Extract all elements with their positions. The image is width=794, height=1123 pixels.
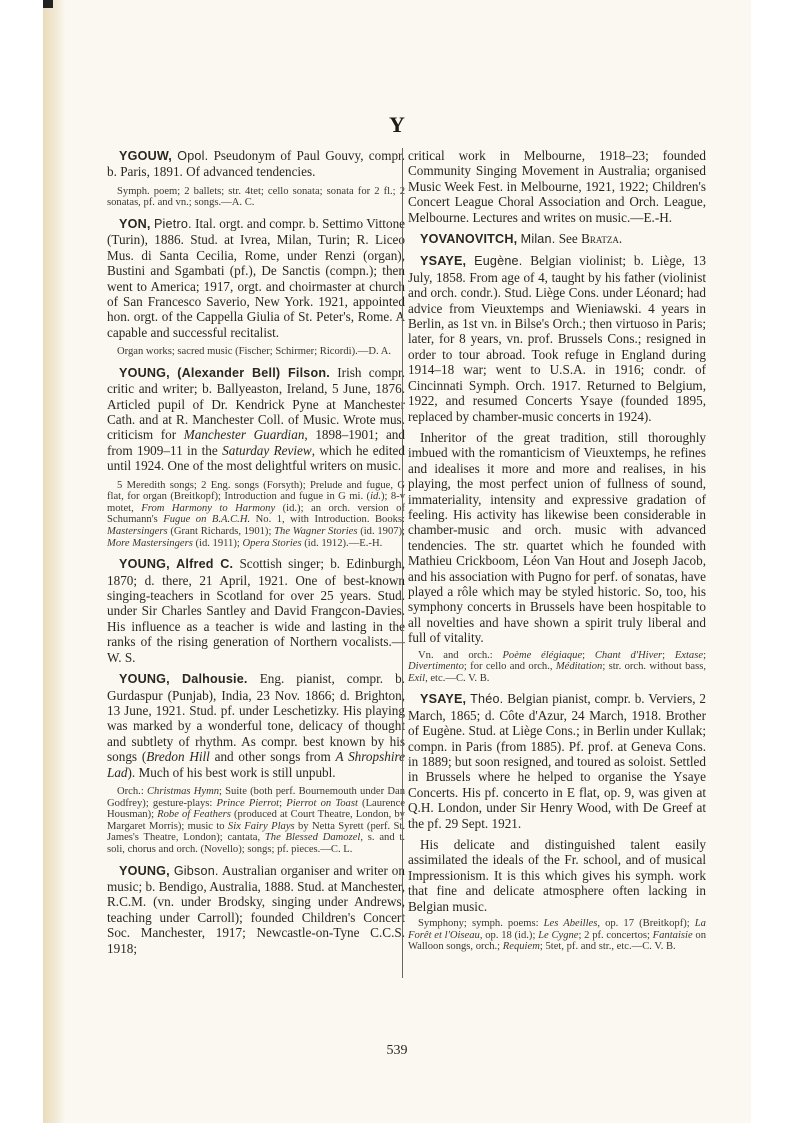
work-title: Exil — [408, 673, 425, 684]
work-title: More Mastersingers — [107, 538, 193, 549]
works-text: (id. 1911); — [193, 538, 243, 549]
headword-name: Alfred C. — [176, 557, 233, 571]
work-title: Robe of Feathers — [157, 809, 231, 820]
headword-name: Théo. — [470, 692, 503, 706]
headword: YSAYE, — [420, 692, 466, 706]
entry-body: YOUNG, Alfred C. Scottish singer; b. Edi… — [107, 556, 405, 665]
works-text: Orch.: — [117, 786, 147, 797]
book-page: Y YGOUW, Opol. Pseudonym of Paul Gouvy, … — [43, 0, 751, 1123]
entry-young-gibson: YOUNG, Gibson. Australian organiser and … — [107, 863, 405, 956]
column-divider — [402, 148, 403, 978]
headword: YOVANOVITCH, — [420, 232, 517, 246]
entry-text: Belgian pianist, compr. b. Verviers, 2 M… — [408, 691, 706, 830]
right-column: critical work in Melbourne, 1918–23; fou… — [408, 148, 706, 960]
work-title: Fugue on B.A.C.H. — [163, 514, 250, 525]
works-text: , etc.—C. V. B. — [425, 673, 489, 684]
works-list: Vn. and orch.: Poème élégiaque; Chant d'… — [408, 650, 706, 685]
entry-young-alfred: YOUNG, Alfred C. Scottish singer; b. Edi… — [107, 556, 405, 665]
entry-body: YSAYE, Théo. Belgian pianist, compr. b. … — [408, 691, 706, 831]
page-number: 539 — [43, 1043, 751, 1059]
headword: YOUNG, — [119, 672, 170, 686]
work-title: Extase — [675, 650, 703, 661]
work-title: Prince Pierrot — [217, 798, 280, 809]
work-title: The Wagner Stories — [274, 526, 357, 537]
work-title: The Blessed Damozel — [265, 832, 360, 843]
see-label: See — [559, 231, 578, 246]
work-title: Fantaisie — [653, 930, 693, 941]
works-list: 5 Meredith songs; 2 Eng. songs (Forsyth)… — [107, 480, 405, 550]
scan-corner-mark — [43, 0, 53, 8]
work-title: Poème élégiaque — [502, 650, 582, 661]
works-list: Symphony; symph. poems: Les Abeilles, op… — [408, 918, 706, 953]
headword-name: (Alexander Bell) Filson. — [177, 366, 330, 380]
work-title: Mastersingers — [107, 526, 168, 537]
works-text: ; for cello and orch., — [464, 661, 556, 672]
publication-title: Manchester Guardian — [184, 427, 305, 442]
work-title: From Harmony to Harmony — [141, 503, 275, 514]
entry-body: YOUNG, Dalhousie. Eng. pianist, compr. b… — [107, 671, 405, 780]
headword-name: Opol. — [177, 149, 208, 163]
headword-name: Dalhousie. — [182, 672, 248, 686]
works-list: Symph. poem; 2 ballets; str. 4tet; cello… — [107, 186, 405, 209]
publication-title: Saturday Review — [222, 443, 312, 458]
section-letter-heading: Y — [43, 112, 751, 138]
entry-body: YON, Pietro. Ital. orgt. and compr. b. S… — [107, 216, 405, 340]
work-title: Le Cygne — [538, 930, 578, 941]
entry-paragraph: Inheritor of the great tradition, still … — [408, 430, 706, 646]
works-text: ; — [582, 650, 595, 661]
works-italic: id. — [370, 491, 381, 502]
works-text: ; 2 pf. concertos; — [579, 930, 653, 941]
headword: YGOUW, — [119, 149, 172, 163]
works-text: ; 5tet, pf. and str., etc.—C. V. B. — [540, 941, 676, 952]
cross-reference[interactable]: Bratza. — [581, 231, 622, 246]
works-list: Orch.: Christmas Hymn; Suite (both perf.… — [107, 786, 405, 856]
headword: YOUNG, — [119, 366, 170, 380]
headword-name: Pietro. — [154, 217, 192, 231]
headword: YOUNG, — [119, 557, 170, 571]
entry-body: YOUNG, Gibson. Australian organiser and … — [107, 863, 405, 956]
headword-name: Gibson. — [174, 864, 219, 878]
entry-text: ). Much of his best work is still unpubl… — [128, 765, 336, 780]
entry-yovanovitch: YOVANOVITCH, Milan. See Bratza. — [408, 231, 706, 247]
entry-body: YOUNG, (Alexander Bell) Filson. Irish co… — [107, 365, 405, 474]
works-text: ; — [703, 650, 706, 661]
work-title: Chant d'Hiver — [595, 650, 662, 661]
entry-paragraph: His delicate and distinguished talent ea… — [408, 837, 706, 914]
entry-ysaye-eugene: YSAYE, Eugène. Belgian violinist; b. Liè… — [408, 253, 706, 684]
works-text: Vn. and orch.: — [418, 650, 502, 661]
works-text: (Grant Richards, 1901); — [168, 526, 275, 537]
headword: YON, — [119, 217, 151, 231]
entry-body: YSAYE, Eugène. Belgian violinist; b. Liè… — [408, 253, 706, 423]
works-list: Organ works; sacred music (Fischer; Schi… — [107, 346, 405, 358]
entry-young-filson: YOUNG, (Alexander Bell) Filson. Irish co… — [107, 365, 405, 549]
entry-text: and other songs from — [210, 749, 336, 764]
headword: YOUNG, — [119, 864, 170, 878]
entry-text: Belgian violinist; b. Liège, 13 July, 18… — [408, 253, 706, 423]
works-text: , op. 17 (Breitkopf); — [597, 918, 694, 929]
works-text: ; str. orch. without bass, — [602, 661, 706, 672]
entry-text: Scottish singer; b. Edinburgh, 1870; d. … — [107, 556, 405, 664]
entry-body: YGOUW, Opol. Pseudonym of Paul Gouvy, co… — [107, 148, 405, 180]
work-title: Méditation — [556, 661, 603, 672]
works-text: ; — [662, 650, 675, 661]
page-gutter-edge — [43, 0, 65, 1123]
headword-name: Milan. — [521, 232, 556, 246]
works-text: (id. 1912).—E.-H. — [302, 538, 383, 549]
headword: YSAYE, — [420, 254, 466, 268]
work-title: Divertimento — [408, 661, 464, 672]
works-text: (id. 1907); — [357, 526, 405, 537]
work-title: Bredon Hill — [146, 749, 210, 764]
entry-yon: YON, Pietro. Ital. orgt. and compr. b. S… — [107, 216, 405, 358]
entry-ysaye-theo: YSAYE, Théo. Belgian pianist, compr. b. … — [408, 691, 706, 952]
entry-ygouw: YGOUW, Opol. Pseudonym of Paul Gouvy, co… — [107, 148, 405, 209]
left-column: YGOUW, Opol. Pseudonym of Paul Gouvy, co… — [107, 148, 405, 962]
works-text: Symphony; symph. poems: — [418, 918, 544, 929]
work-title: Six Fairy Plays — [228, 821, 295, 832]
works-text: 5 Meredith songs; 2 Eng. songs (Forsyth)… — [107, 480, 405, 503]
works-text: , op. 18 (id.); — [480, 930, 538, 941]
works-text: No. 1, with Introduction. Books: — [250, 514, 405, 525]
work-title: Requiem — [503, 941, 540, 952]
entry-text: Ital. orgt. and compr. b. Settimo Vitton… — [107, 216, 405, 340]
entry-continuation: critical work in Melbourne, 1918–23; fou… — [408, 148, 706, 225]
work-title: Opera Stories — [242, 538, 301, 549]
work-title: Christmas Hymn — [147, 786, 219, 797]
work-title: Pierrot on Toast — [286, 798, 358, 809]
headword-name: Eugène. — [474, 254, 522, 268]
entry-young-dalhousie: YOUNG, Dalhousie. Eng. pianist, compr. b… — [107, 671, 405, 855]
work-title: Les Abeilles — [544, 918, 598, 929]
